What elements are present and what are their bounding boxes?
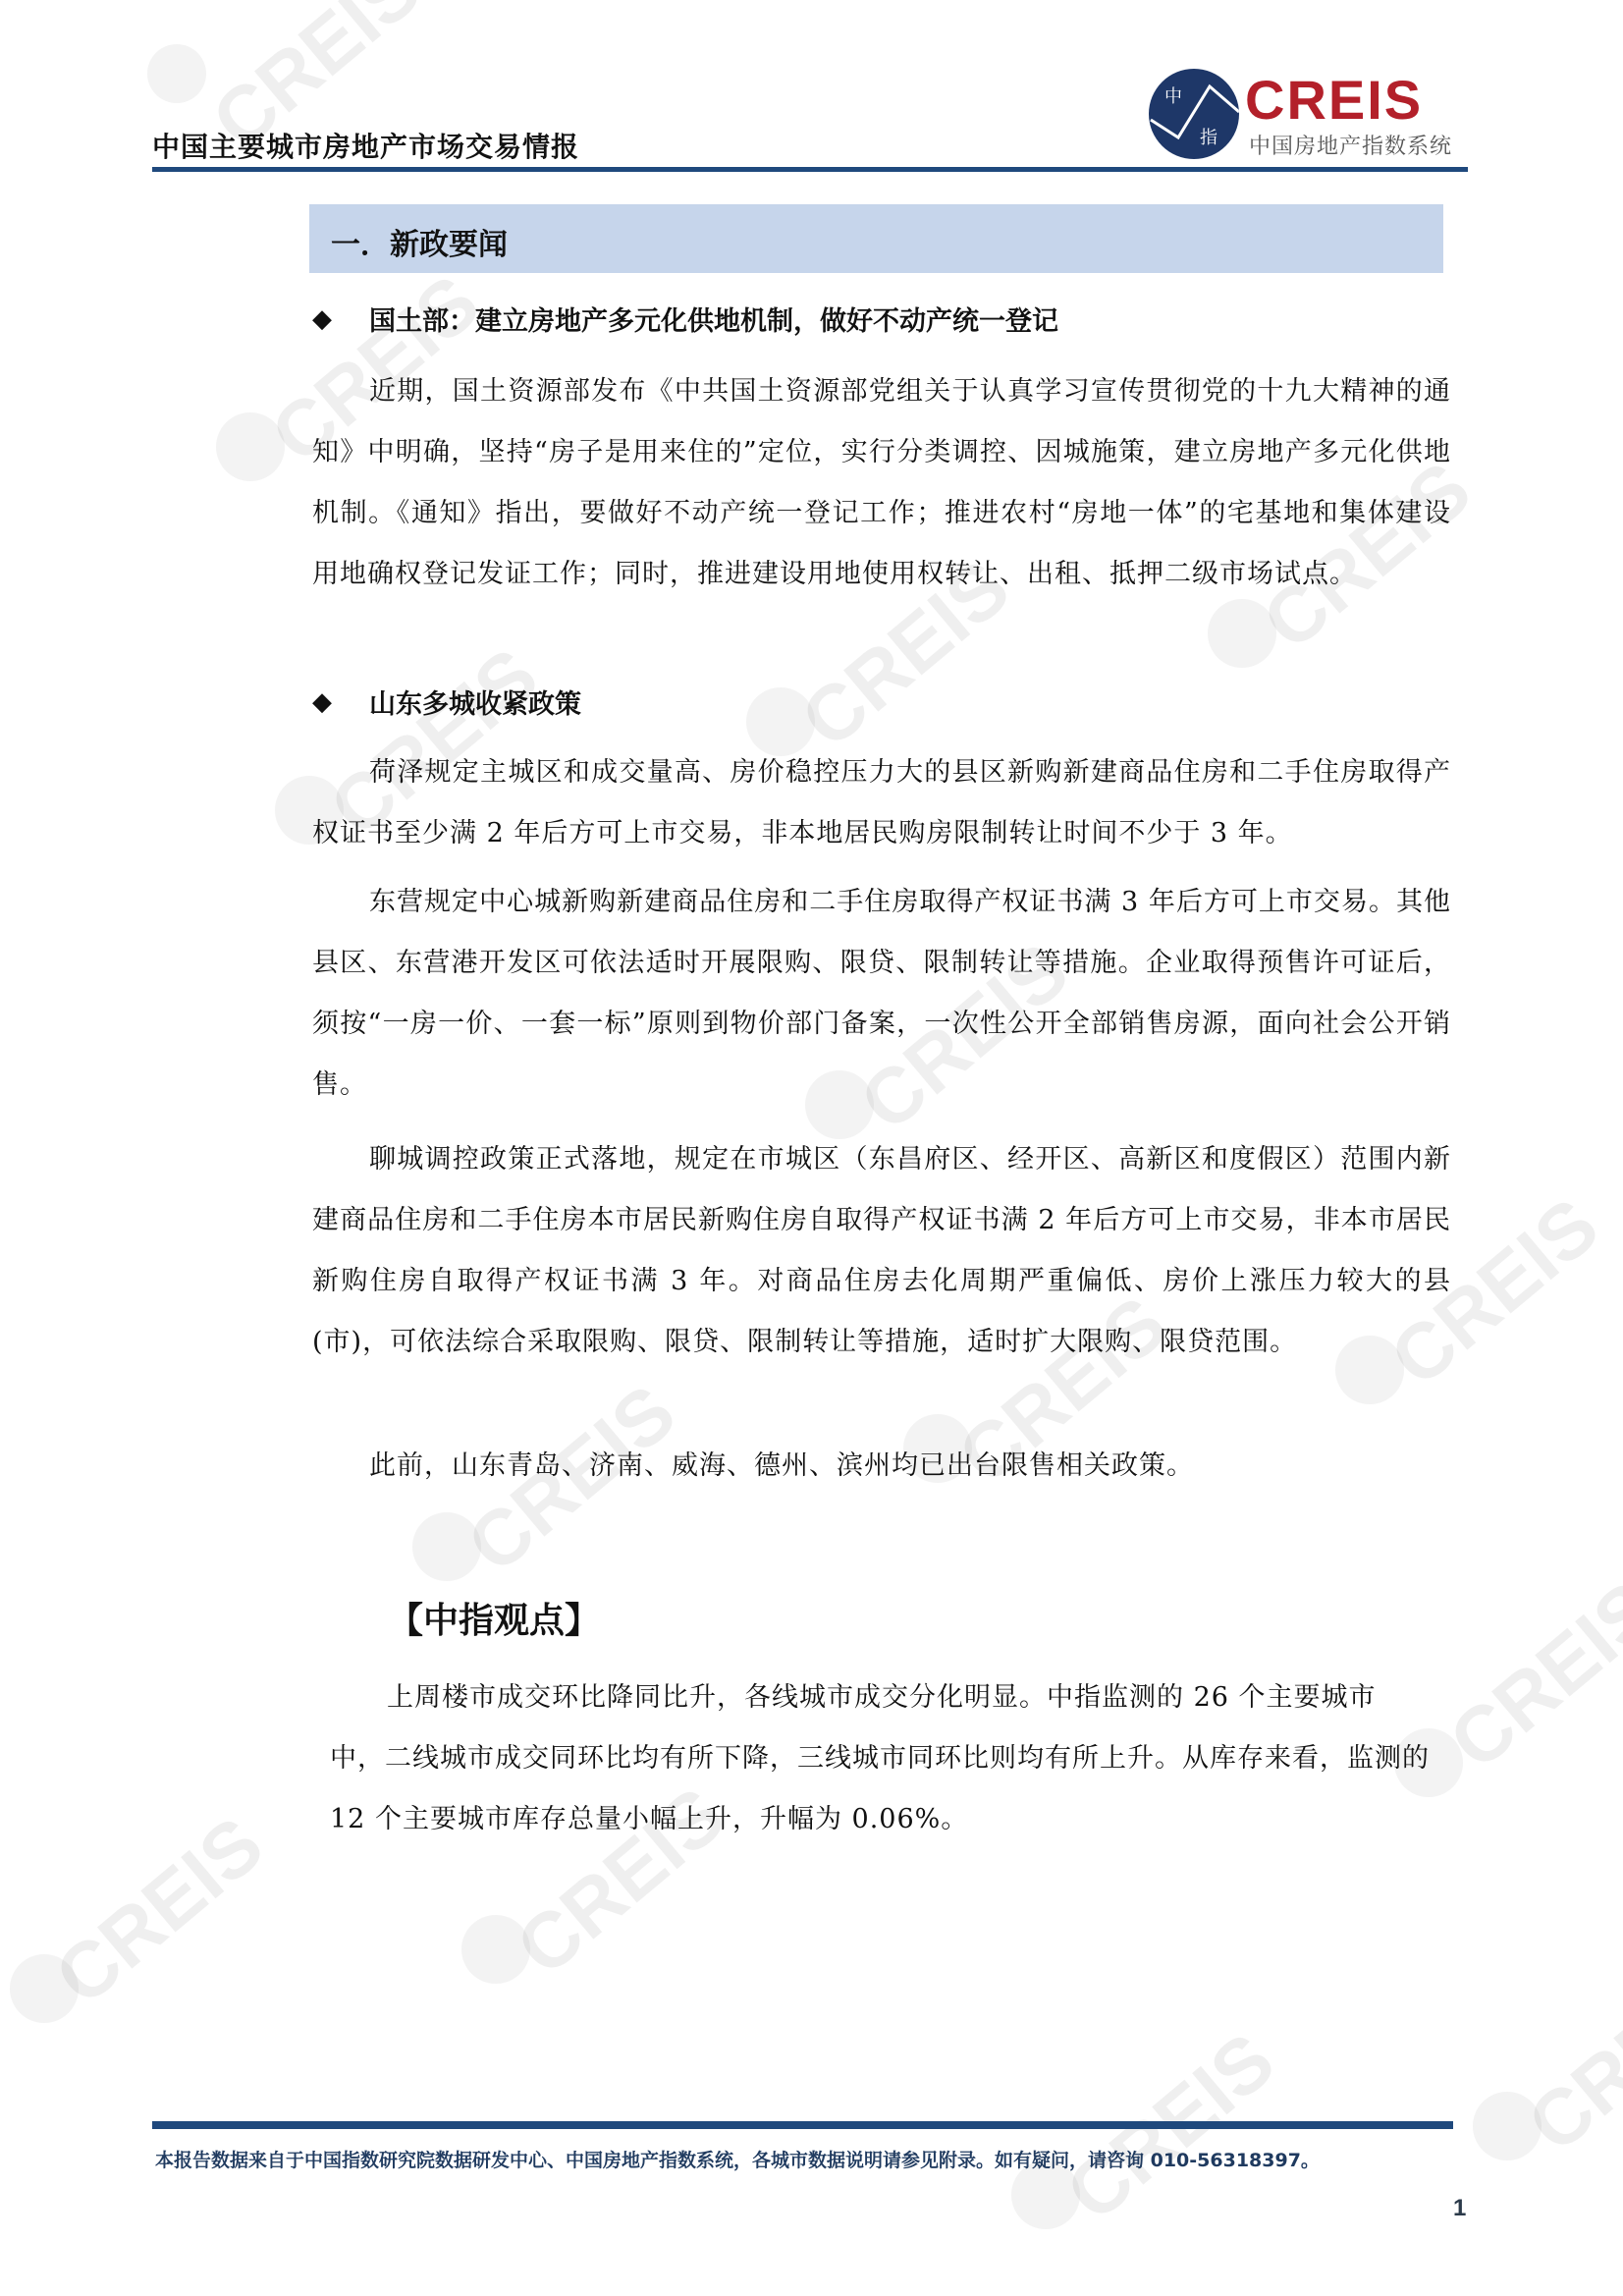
page-number: 1 xyxy=(1453,2195,1466,2222)
watermark: CREIS xyxy=(38,1799,280,2023)
watermark-logo-circle xyxy=(1473,2092,1542,2160)
watermark: CREIS xyxy=(1511,1946,1623,2170)
footer-divider xyxy=(152,2121,1453,2129)
watermark-logo-circle xyxy=(412,1512,481,1581)
opinion-title: 【中指观点】 xyxy=(388,1593,600,1643)
watermark: CREIS xyxy=(1433,1563,1623,1787)
logo-subtitle: 中国房地产指数系统 xyxy=(1249,130,1452,160)
news-heading-text: 国土部：建立房地产多元化供地机制，做好不动产统一登记 xyxy=(369,300,1058,338)
logo-brand-text: CREIS xyxy=(1245,73,1423,128)
watermark-logo-circle xyxy=(1208,599,1276,668)
watermark-logo-circle xyxy=(461,1915,530,1984)
news-paragraph: 近期，国土资源部发布《中共国土资源部党组关于认真学习宣传贯彻党的十九大精神的通知… xyxy=(312,361,1451,605)
news-paragraph: 东营规定中心城新购新建商品住房和二手住房取得产权证书满 3 年后方可上市交易。其… xyxy=(312,872,1451,1116)
logo-emblem-icon: 中 指 xyxy=(1149,69,1239,159)
creis-logo: 中 指 CREIS 中国房地产指数系统 xyxy=(1149,69,1473,162)
watermark-logo-circle xyxy=(147,44,206,103)
watermark-logo-circle xyxy=(10,1954,79,2023)
news-paragraph: 聊城调控政策正式落地，规定在市城区（东昌府区、经开区、高新区和度假区）范围内新建… xyxy=(312,1129,1451,1373)
news-paragraph: 此前，山东青岛、济南、威海、德州、滨州均已出台限售相关政策。 xyxy=(312,1436,1451,1497)
news-heading: ◆ 山东多城收紧政策 xyxy=(312,683,581,721)
footer-note: 本报告数据来自于中国指数研究院数据研发中心、中国房地产指数系统，各城市数据说明请… xyxy=(155,2146,1320,2172)
news-paragraph: 荷泽规定主城区和成交量高、房价稳控压力大的县区新购新建商品住房和二手住房取得产权… xyxy=(312,742,1451,864)
news-heading-text: 山东多城收紧政策 xyxy=(369,683,581,721)
watermark-logo-circle xyxy=(216,412,285,481)
news-heading: ◆ 国土部：建立房地产多元化供地机制，做好不动产统一登记 xyxy=(312,300,1058,338)
header-divider xyxy=(152,167,1468,172)
section-title: 一．新政要闻 xyxy=(331,220,508,263)
report-title: 中国主要城市房地产市场交易情报 xyxy=(152,126,579,165)
section-header: 一．新政要闻 xyxy=(309,204,1443,273)
logo-glyph-zhi: 指 xyxy=(1200,124,1217,149)
logo-glyph-zhong: 中 xyxy=(1164,82,1182,108)
diamond-bullet-icon: ◆ xyxy=(312,687,369,717)
opinion-paragraph: 上周楼市成交环比降同比升，各线城市成交分化明显。中指监测的 26 个主要城市中，… xyxy=(330,1667,1430,1850)
diamond-bullet-icon: ◆ xyxy=(312,304,369,334)
